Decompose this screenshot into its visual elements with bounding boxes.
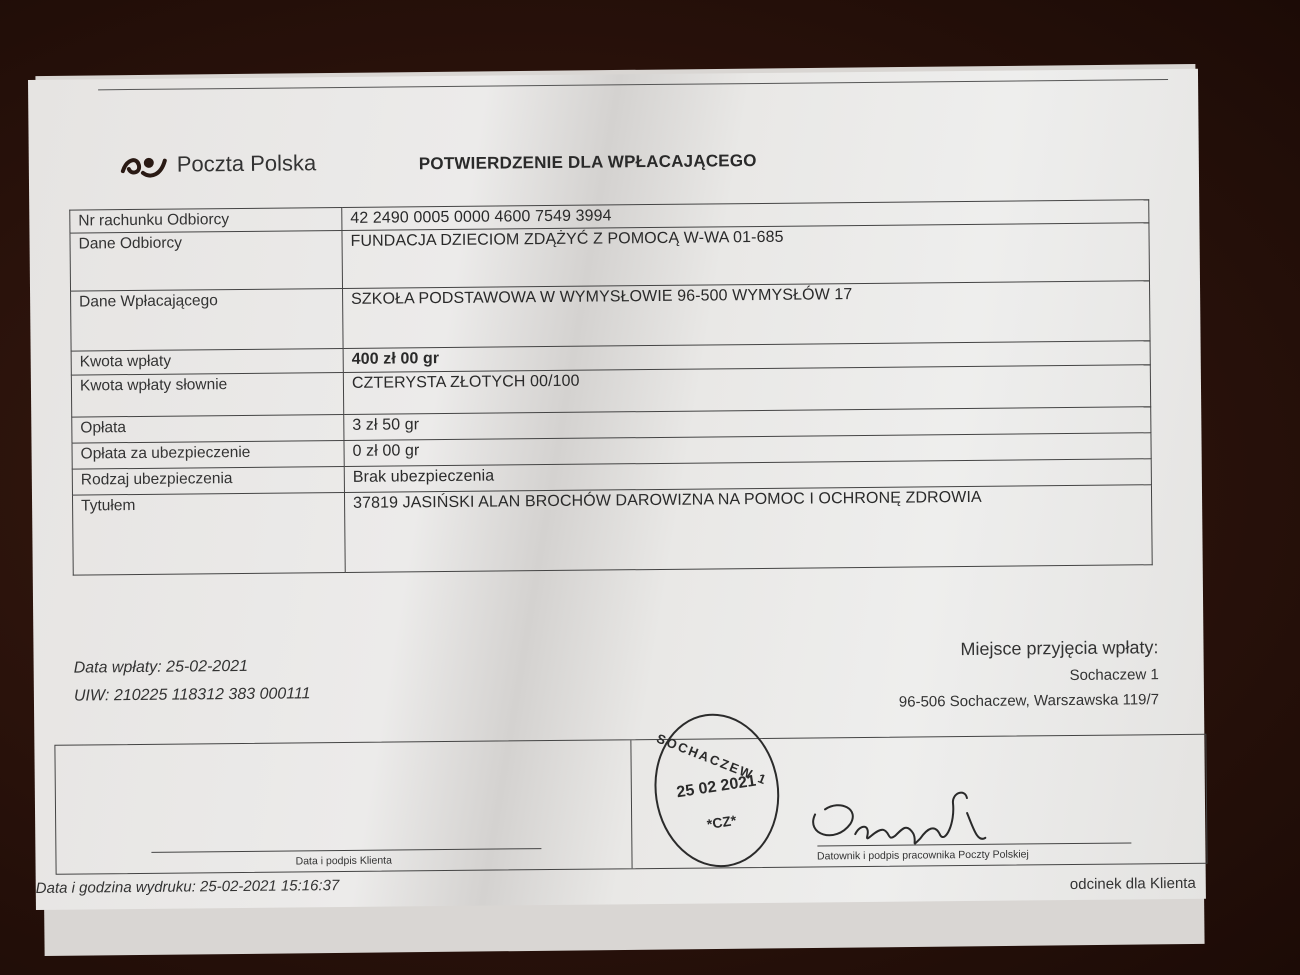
recipient-data: FUNDACJA DZIECIOM ZDĄŻYĆ Z POMOCĄ W-WA 0… (342, 223, 1150, 289)
table-row: Tytułem 37819 JASIŃSKI ALAN BROCHÓW DARO… (72, 485, 1152, 575)
row-label: Kwota wpłaty słownie (71, 372, 343, 417)
stub-label: odcinek dla Klienta (1070, 875, 1196, 893)
post-horn-icon (119, 151, 169, 179)
brand-logo: Poczta Polska (119, 149, 317, 179)
brand-name: Poczta Polska (177, 150, 317, 177)
row-label: Dane Odbiorcy (70, 230, 343, 291)
post-office-address: 96-506 Sochaczew, Warszawska 119/7 (899, 691, 1159, 710)
payment-receipt: Poczta Polska POTWIERDZENIE DLA WPŁACAJĄ… (28, 69, 1206, 910)
row-label: Opłata za ubezpieczenie (72, 440, 344, 469)
row-label: Rodzaj ubezpieczenia (72, 466, 344, 495)
top-rule (98, 79, 1168, 90)
signature-box: Data i podpis Klienta Datownik i podpis … (54, 734, 1207, 875)
client-signature-cell: Data i podpis Klienta (55, 740, 631, 874)
client-signature-caption: Data i podpis Klienta (56, 852, 631, 870)
payment-date: Data wpłaty: 25-02-2021 (74, 652, 311, 682)
acceptance-heading: Miejsce przyjęcia wpłaty: (898, 637, 1158, 660)
row-label: Dane Wpłacającego (71, 288, 344, 351)
payment-details-table: Nr rachunku Odbiorcy 42 2490 0005 0000 4… (69, 199, 1152, 575)
print-timestamp: Data i godzina wydruku: 25-02-2021 15:16… (36, 877, 340, 897)
uiw-number: UIW: 210225 118312 383 000111 (74, 680, 311, 710)
row-label: Opłata (72, 414, 344, 443)
signature-line (151, 848, 540, 853)
row-label: Nr rachunku Odbiorcy (70, 207, 342, 233)
handwritten-signature-icon (795, 783, 1006, 855)
payment-info: Data wpłaty: 25-02-2021 UIW: 210225 1183… (74, 652, 311, 710)
table-row: Dane Wpłacającego SZKOŁA PODSTAWOWA W WY… (71, 281, 1151, 351)
document-title: POTWIERDZENIE DLA WPŁACAJĄCEGO (419, 151, 757, 174)
post-office-name: Sochaczew 1 (899, 666, 1159, 685)
payer-data: SZKOŁA PODSTAWOWA W WYMYSŁOWIE 96-500 WY… (343, 281, 1151, 349)
table-row: Dane Odbiorcy FUNDACJA DZIECIOM ZDĄŻYĆ Z… (70, 223, 1150, 291)
acceptance-place: Miejsce przyjęcia wpłaty: Sochaczew 1 96… (898, 637, 1159, 710)
row-label: Tytułem (72, 492, 345, 575)
row-label: Kwota wpłaty (71, 348, 343, 375)
payment-title: 37819 JASIŃSKI ALAN BROCHÓW DAROWIZNA NA… (344, 485, 1152, 573)
stamp-code: *CZ* (706, 811, 738, 831)
